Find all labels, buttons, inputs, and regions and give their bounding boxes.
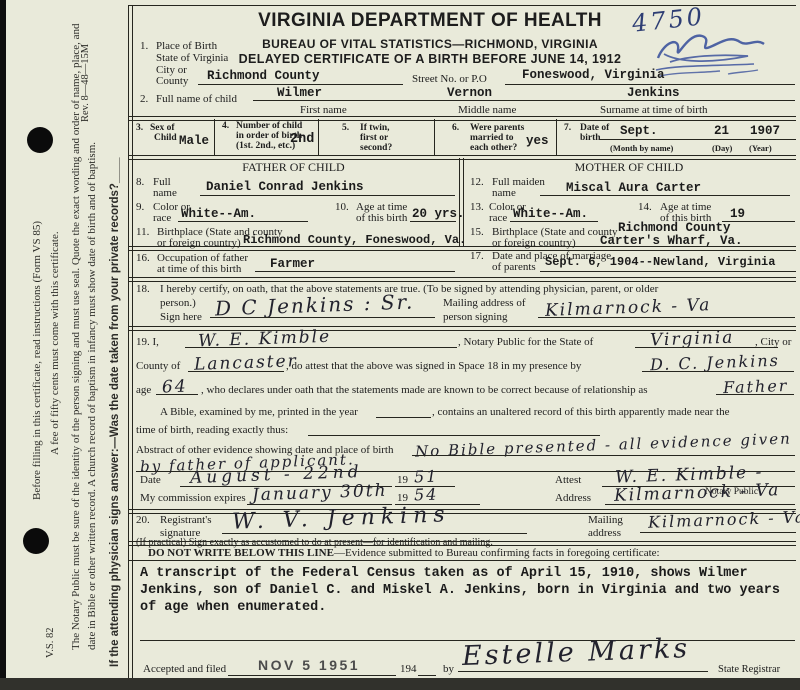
underline	[540, 195, 790, 196]
do-not-write-rest: —Evidence submitted to Bureau confirming…	[334, 547, 660, 559]
do-not-write-bold: DO NOT WRITE BELOW THIS LINE	[148, 547, 334, 559]
field20-label1: Registrant's	[160, 514, 211, 527]
underline	[642, 371, 794, 372]
child-first-name: Wilmer	[277, 86, 322, 100]
mother-age-value: 19	[730, 207, 745, 221]
field5-number: 5.	[342, 123, 349, 134]
parents-married-value: yes	[526, 134, 549, 148]
field16-number: 16.	[136, 252, 150, 265]
mother-race-value: White--Am.	[513, 207, 588, 221]
birth-month-value: Sept.	[620, 124, 658, 138]
mother-birthplace-value1: Richmond County	[618, 221, 731, 235]
margin-note-instructions: Before filling in this certificate, read…	[31, 221, 44, 500]
child-middle-name: Vernon	[447, 86, 492, 100]
field8-label2: name	[153, 187, 177, 200]
field2-sub-first: First name	[300, 104, 347, 117]
underline	[156, 394, 198, 395]
field18-mailing-label2: person signing	[443, 311, 507, 324]
field8-number: 8.	[136, 176, 144, 189]
field5-label3: second?	[360, 143, 392, 154]
state-registrar-title: State Registrar	[718, 664, 780, 676]
underline	[716, 394, 794, 395]
father-age-value: 20 yrs.	[412, 207, 465, 221]
father-birthplace-value: Richmond County, Foneswood, Va.	[243, 233, 466, 247]
underline	[418, 675, 436, 676]
birth-day-value: 21	[714, 124, 729, 138]
ink-scribble-stamp	[650, 28, 775, 80]
certificate-scan: Rev. 8—48—15M Before filling in this cer…	[0, 0, 800, 690]
field19-line1b: , Notary Public for the State of	[458, 336, 593, 349]
father-name-value: Daniel Conrad Jenkins	[206, 180, 364, 194]
field13-number: 13.	[470, 201, 484, 214]
cell-border	[556, 119, 557, 155]
birth-order-value: 2nd	[290, 132, 314, 147]
field1-label-county: County	[156, 75, 188, 88]
form-left-border	[128, 5, 133, 678]
underline	[188, 371, 284, 372]
underline	[210, 317, 435, 318]
evidence-text-line1: A transcript of the Federal Census taken…	[140, 566, 748, 581]
underline	[410, 221, 456, 222]
underline	[228, 675, 396, 676]
margin-note-fee: A fee of fifty cents must come with this…	[49, 231, 62, 455]
underline	[253, 100, 795, 101]
field18-mailing-label1: Mailing address of	[443, 297, 525, 310]
field7-sub-year: (Year)	[749, 143, 772, 153]
field12-label2: name	[492, 187, 516, 200]
field19-address-label: Address	[555, 492, 591, 505]
underline	[200, 195, 455, 196]
field6-label3: each other?	[470, 143, 517, 154]
underline	[458, 671, 708, 672]
evidence-text-line3: of age when enumerated.	[140, 600, 326, 615]
field15-number: 15.	[470, 226, 484, 239]
accepted-year-prefix: 194	[400, 663, 417, 676]
registrant-signature: W. V. Jenkins	[232, 502, 451, 535]
child-surname: Jenkins	[627, 86, 680, 100]
cell-border	[318, 119, 319, 155]
field11-number: 11.	[136, 226, 149, 239]
underline	[505, 84, 795, 85]
underline	[540, 271, 796, 272]
field19-commission-label: My commission expires	[140, 492, 246, 505]
underline	[178, 221, 308, 222]
divider	[128, 541, 796, 546]
form-title: VIRGINIA DEPARTMENT OF HEALTH	[180, 10, 680, 32]
divider	[128, 246, 796, 251]
divider	[128, 116, 796, 121]
scan-left-edge	[0, 0, 6, 690]
field4-number: 4.	[222, 121, 229, 132]
field17-label2: of parents	[492, 261, 536, 274]
field6-number: 6.	[452, 123, 459, 134]
hole-punch-bottom	[23, 528, 49, 554]
field20-mailing-label1: Mailing	[588, 514, 623, 527]
field2-number: 2.	[140, 93, 148, 106]
field14-number: 14.	[638, 201, 652, 214]
underline	[640, 532, 796, 533]
field19-bible-text3: time of birth, reading exactly thus:	[136, 424, 288, 437]
field4-label3: (1st. 2nd., etc.)	[236, 141, 295, 152]
mother-name-value: Miscal Aura Carter	[566, 181, 701, 195]
field13-label2: race	[489, 212, 507, 225]
field2-sub-middle: Middle name	[458, 104, 516, 117]
field3-label2: Child	[154, 133, 177, 144]
field1-street-label: Street No. or P.O	[412, 73, 487, 86]
field19-date-label: Date	[140, 474, 161, 487]
underline	[185, 347, 457, 348]
field1-number: 1.	[140, 40, 148, 53]
field19-line1c: , City or	[755, 336, 791, 349]
field7-label2: birth	[580, 133, 601, 144]
field9-number: 9.	[136, 201, 144, 214]
field2-sub-surname: Surname at time of birth	[600, 104, 708, 117]
field10-label2: of this birth	[356, 212, 407, 225]
underline	[376, 417, 431, 418]
father-occupation-value: Farmer	[270, 257, 315, 271]
margin-note-notary: The Notary Public must be sure of the id…	[69, 5, 101, 650]
field10-number: 10.	[335, 201, 349, 214]
field20-number: 20.	[136, 514, 150, 527]
margin-physician-question: If the attending physician signs answer:…	[109, 157, 121, 667]
form-subtitle-bureau: BUREAU OF VITAL STATISTICS—RICHMOND, VIR…	[180, 37, 680, 51]
divider	[128, 277, 796, 282]
field3-number: 3.	[136, 123, 143, 134]
field7-number: 7.	[564, 123, 571, 134]
field1-street-value: Foneswood, Virginia	[522, 68, 665, 82]
underline	[510, 221, 598, 222]
underline	[722, 221, 795, 222]
underline	[308, 435, 600, 436]
field19-line2b: , do attest that the above was signed in…	[286, 360, 581, 373]
field19-age-label: age	[136, 384, 151, 397]
accepted-by-label: by	[443, 663, 454, 676]
commission-expiry-year: 54	[414, 485, 439, 505]
evidence-text-line2: Jenkins, son of Daniel C. and Miskel A. …	[140, 583, 780, 598]
attest-date-year: 51	[414, 467, 439, 487]
underline	[605, 504, 795, 505]
field19-date-19: 19	[397, 474, 408, 487]
field16-label2: at time of this birth	[157, 263, 241, 276]
field19-line3b: , who declares under oath that the state…	[201, 384, 648, 397]
accepted-filed-label: Accepted and filed	[143, 663, 226, 676]
underline	[222, 533, 527, 534]
field19-number-i: 19. I,	[136, 336, 159, 349]
margin-form-number: V.S. 82	[45, 628, 57, 658]
father-section-header: FATHER OF CHILD	[128, 160, 459, 175]
field1-label-state: State of Virginia	[156, 52, 228, 65]
hole-punch-top	[27, 127, 53, 153]
field18-number: 18.	[136, 283, 150, 296]
field18-certify-text2: person.)	[160, 297, 196, 310]
underline	[600, 139, 796, 140]
mother-section-header: MOTHER OF CHILD	[462, 160, 796, 175]
commission-expiry-value: January 30th	[252, 481, 388, 506]
father-race-value: White--Am.	[181, 207, 256, 221]
sex-value: Male	[179, 134, 209, 148]
do-not-write-line: DO NOT WRITE BELOW THIS LINE—Evidence su…	[148, 547, 660, 560]
form-subtitle-delayed: DELAYED CERTIFICATE OF A BIRTH BEFORE JU…	[180, 52, 680, 66]
field19-bible-text1: A Bible, examined by me, printed in the …	[160, 406, 358, 419]
field17-number: 17.	[470, 250, 484, 263]
field7-sub-month: (Month by name)	[610, 143, 673, 153]
underline	[538, 317, 795, 318]
field20-mailing-label2: address	[588, 527, 621, 540]
field1-county-value: Richmond County	[207, 69, 320, 83]
divider	[128, 560, 796, 561]
filed-date-stamp: NOV 5 1951	[258, 657, 360, 673]
field2-label: Full name of child	[156, 93, 237, 106]
underline	[198, 84, 403, 85]
marriage-date-place-value: Sept. 6, 1904--Newland, Virginia	[545, 255, 775, 269]
field1-label-place: Place of Birth	[156, 40, 217, 53]
field12-number: 12.	[470, 176, 484, 189]
field19-attest-label: Attest	[555, 474, 581, 487]
state-registrar-signature: Estelle Marks	[462, 633, 691, 672]
birth-year-value: 1907	[750, 124, 780, 138]
field9-label2: race	[153, 212, 171, 225]
cell-border	[214, 119, 215, 155]
cell-border	[434, 119, 435, 155]
field19-bible-text2: , contains an unaltered record of this b…	[432, 406, 730, 419]
underline	[412, 455, 795, 456]
field7-sub-day: (Day)	[712, 143, 732, 153]
underline	[255, 271, 455, 272]
field19-county-label: County of	[136, 360, 180, 373]
field18-sign-here-label: Sign here	[160, 311, 202, 324]
scan-bottom-edge	[0, 678, 800, 690]
